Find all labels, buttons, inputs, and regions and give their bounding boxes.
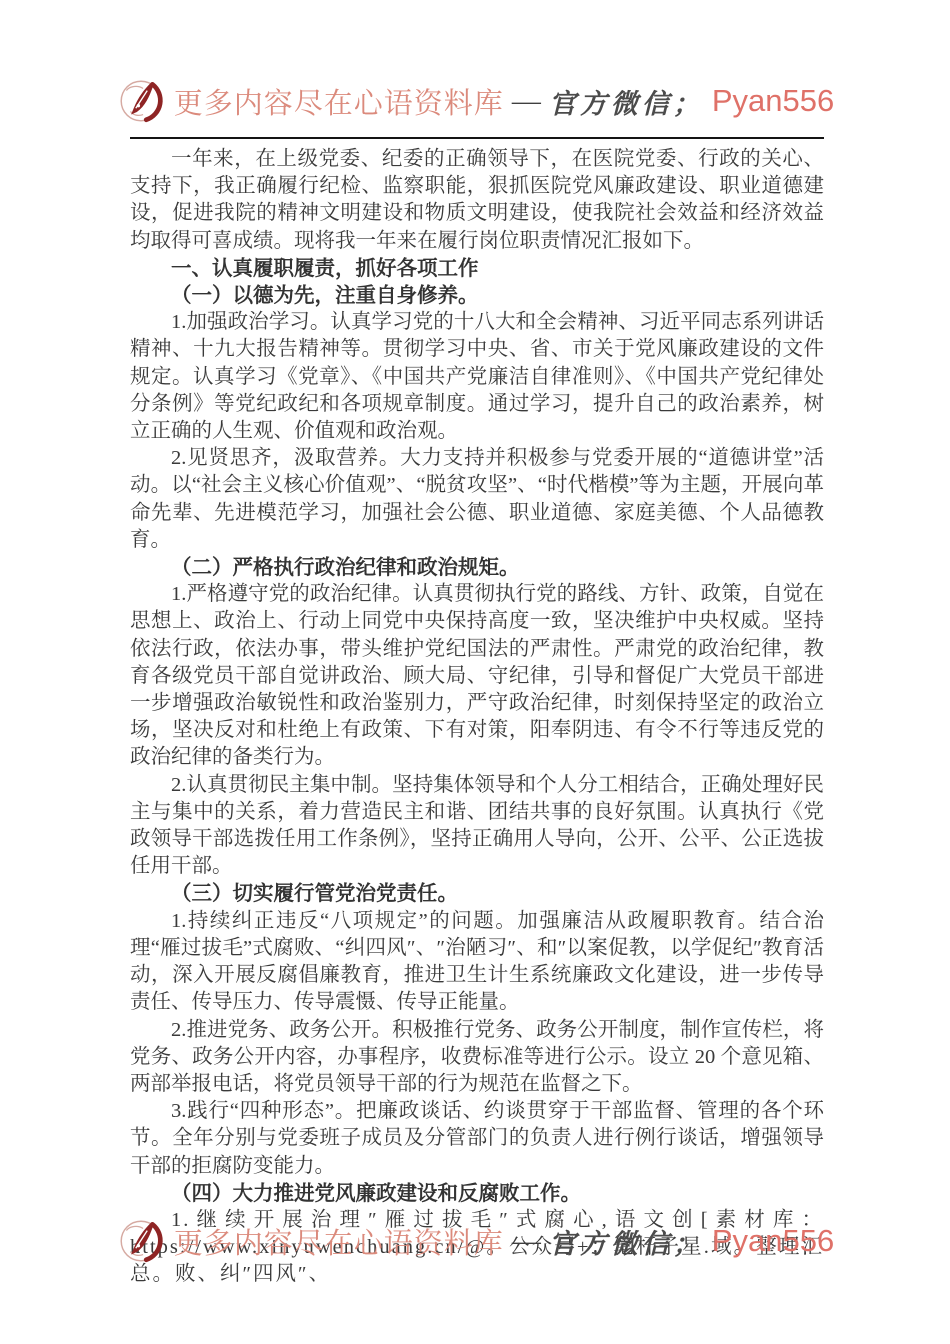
wechat-label: 官方微信；	[549, 82, 704, 121]
subsection-heading-4: （四）大力推进党风廉政建设和反腐败工作。	[130, 1180, 824, 1207]
paragraph: 1.持续纠正违反“八项规定”的问题。加强廉洁从政履职教育。结合治理“雁过拔毛”式…	[130, 908, 824, 1017]
subsection-heading-1: （一）以德为先，注重自身修养。	[130, 282, 824, 309]
wechat-id: Pyan556	[712, 1223, 834, 1259]
pen-nib-logo-icon	[116, 76, 166, 126]
header-watermark: 更多内容尽在心语资料库 — 官方微信； Pyan556	[0, 76, 950, 126]
footer-watermark: 更多内容尽在心语资料库 — 官方微信； Pyan556	[0, 1216, 950, 1266]
brand-text: 更多内容尽在心语资料库	[174, 1221, 504, 1262]
paragraph: 2.认真贯彻民主集中制。坚持集体领导和个人分工相结合，正确处理好民主与集中的关系…	[130, 772, 824, 881]
wechat-label: 官方微信；	[549, 1222, 704, 1261]
wechat-id: Pyan556	[712, 83, 834, 119]
paragraph: 2.见贤思齐，汲取营养。大力支持并积极参与党委开展的“道德讲堂”活动。以“社会主…	[130, 445, 824, 554]
paragraph: 3.践行“四种形态”。把廉政谈话、约谈贯穿于干部监督、管理的各个环节。全年分别与…	[130, 1098, 824, 1180]
document-body: 一年来，在上级党委、纪委的正确领导下，在医院党委、行政的关心、支持下，我正确履行…	[130, 146, 824, 1289]
brand-text: 更多内容尽在心语资料库	[174, 81, 504, 122]
separator-dash: —	[512, 85, 541, 118]
header-divider-line	[130, 137, 824, 139]
pen-nib-logo-icon	[116, 1216, 166, 1266]
paragraph: 1.加强政治学习。认真学习党的十八大和全会精神、习近平同志系列讲话精神、十九大报…	[130, 309, 824, 445]
subsection-heading-2: （二）严格执行政治纪律和政治规矩。	[130, 554, 824, 581]
subsection-heading-3: （三）切实履行管党治党责任。	[130, 880, 824, 907]
intro-paragraph: 一年来，在上级党委、纪委的正确领导下，在医院党委、行政的关心、支持下，我正确履行…	[130, 146, 824, 255]
separator-dash: —	[512, 1225, 541, 1258]
document-page: 更多内容尽在心语资料库 — 官方微信； Pyan556 一年来，在上级党委、纪委…	[0, 0, 950, 1344]
section-heading-1: 一、认真履职履责，抓好各项工作	[130, 255, 824, 282]
paragraph: 1.严格遵守党的政治纪律。认真贯彻执行党的路线、方针、政策，自觉在思想上、政治上…	[130, 581, 824, 771]
paragraph: 2.推进党务、政务公开。积极推行党务、政务公开制度，制作宣传栏，将党务、政务公开…	[130, 1017, 824, 1099]
